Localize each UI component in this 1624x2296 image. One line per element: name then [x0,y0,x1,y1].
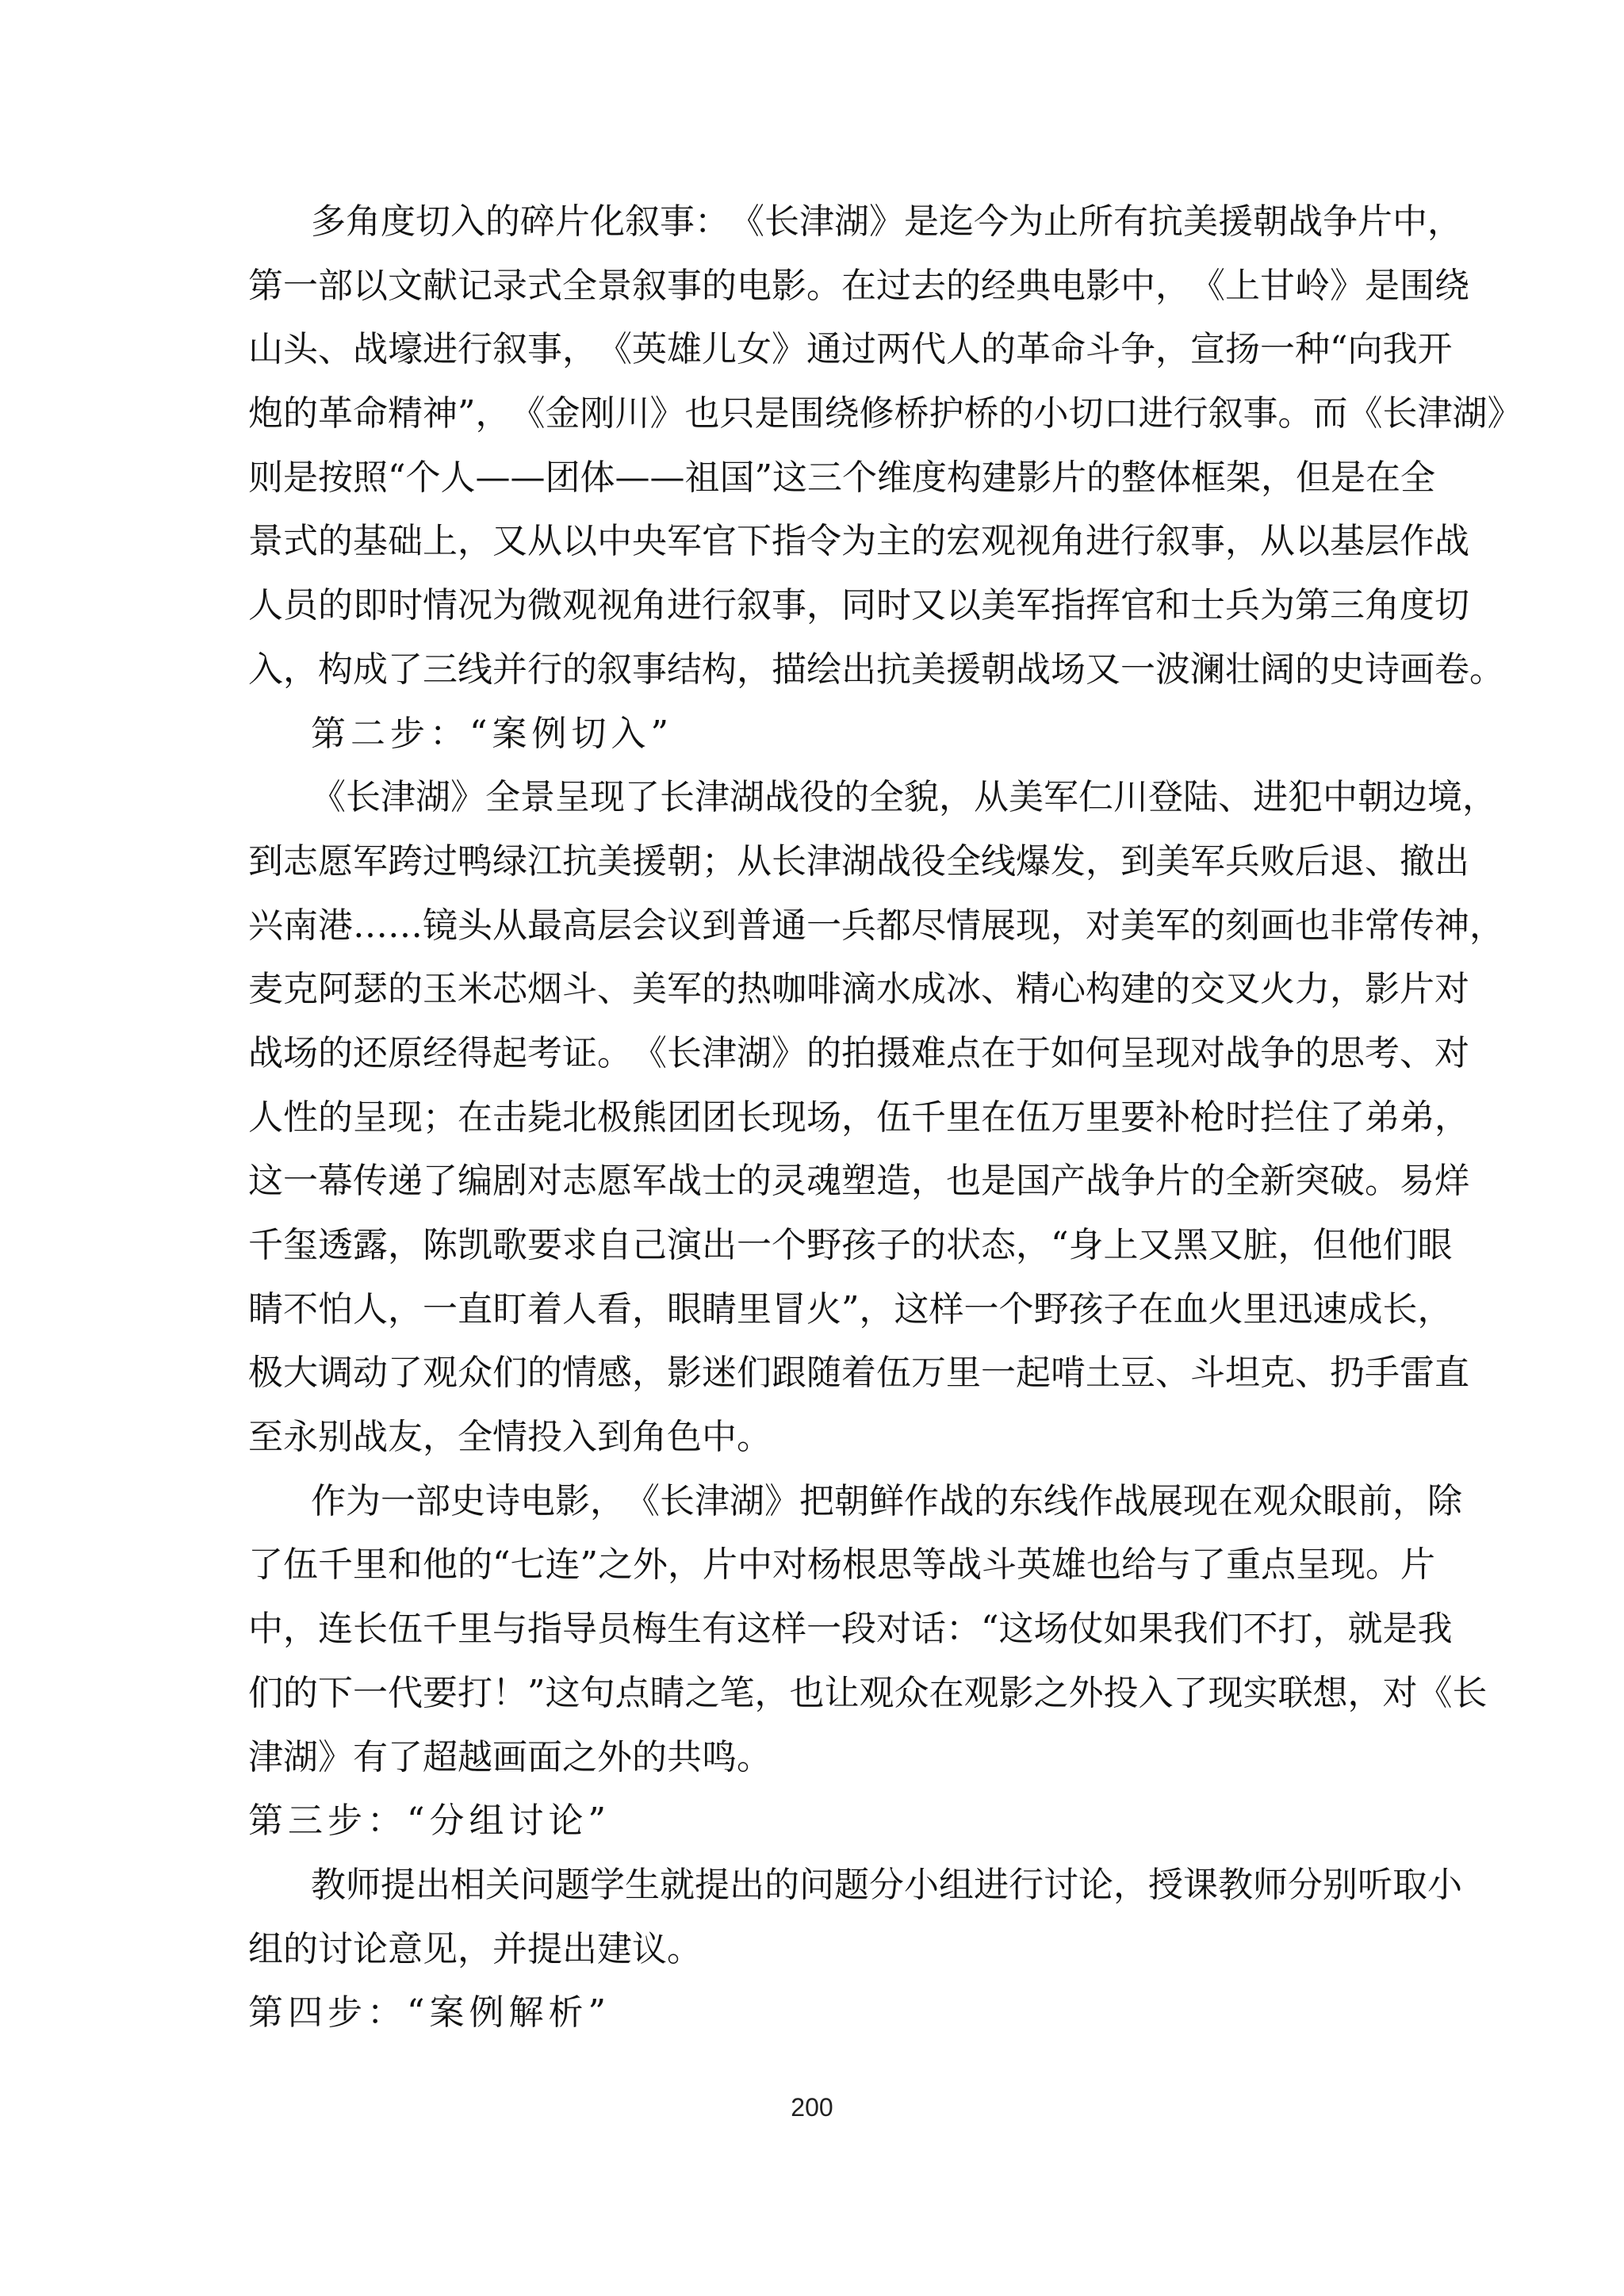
text-line: 炮的革命精神”，《金刚川》也只是围绕修桥护桥的小切口进行叙事。而《长津湖》 [248,382,1379,446]
text-line: 人员的即时情况为微观视角进行叙事，同时又以美军指挥官和士兵为第三角度切 [248,574,1379,638]
section-heading-step-3: 第三步：“分组讨论” [248,1789,1379,1854]
text-line: 睛不怕人，一直盯着人看，眼睛里冒火”，这样一个野孩子在血火里迅速成长， [248,1278,1379,1342]
text-line: 千玺透露，陈凯歌要求自己演出一个野孩子的状态，“身上又黑又脏，但他们眼 [248,1214,1379,1278]
text-line: 了伍千里和他的“七连”之外，片中对杨根思等战斗英雄也给与了重点呈现。片 [248,1533,1379,1598]
text-line: 麦克阿瑟的玉米芯烟斗、美军的热咖啡滴水成冰、精心构建的交叉火力，影片对 [248,958,1379,1022]
paragraph-narrative-structure: 多角度切入的碎片化叙事：《长津湖》是迄今为止所有抗美援朝战争片中， 第一部以文献… [248,190,1379,702]
text-line: 作为一部史诗电影，《长津湖》把朝鲜作战的东线作战展现在观众眼前，除 [248,1470,1379,1534]
text-line: 极大调动了观众们的情感，影迷们跟随着伍万里一起啃土豆、斗坦克、扔手雷直 [248,1341,1379,1406]
text-line: 这一幕传递了编剧对志愿军战士的灵魂塑造，也是国产战争片的全新突破。易烊 [248,1150,1379,1214]
document-page: 多角度切入的碎片化叙事：《长津湖》是迄今为止所有抗美援朝战争片中， 第一部以文献… [248,190,1379,2045]
paragraph-case-intro: 《长津湖》全景呈现了长津湖战役的全貌，从美军仁川登陆、进犯中朝边境， 到志愿军跨… [248,766,1379,1470]
text-line: 多角度切入的碎片化叙事：《长津湖》是迄今为止所有抗美援朝战争片中， [248,190,1379,254]
text-line: 到志愿军跨过鸭绿江抗美援朝；从长津湖战役全线爆发，到美军兵败后退、撤出 [248,830,1379,894]
text-line: 至永别战友，全情投入到角色中。 [248,1406,1379,1470]
text-line: 入，构成了三线并行的叙事结构，描绘出抗美援朝战场又一波澜壮阔的史诗画卷。 [248,638,1379,702]
section-heading-step-4: 第四步：“案例解析” [248,1981,1379,2045]
text-line: 山头、战壕进行叙事，《英雄儿女》通过两代人的革命斗争，宣扬一种“向我开 [248,318,1379,382]
section-heading-step-2: 第二步：“案例切入” [248,702,1379,767]
text-line: 则是按照“个人——团体——祖国”这三个维度构建影片的整体框架，但是在全 [248,446,1379,511]
paragraph-epic-film: 作为一部史诗电影，《长津湖》把朝鲜作战的东线作战展现在观众眼前，除 了伍千里和他… [248,1470,1379,1789]
text-line: 兴南港……镜头从最高层会议到普通一兵都尽情展现，对美军的刻画也非常传神， [248,894,1379,959]
text-line: 教师提出相关问题学生就提出的问题分小组进行讨论，授课教师分别听取小 [248,1854,1379,1918]
text-line: 人性的呈现；在击毙北极熊团团长现场，伍千里在伍万里要补枪时拦住了弟弟， [248,1086,1379,1150]
text-line: 第一部以文献记录式全景叙事的电影。在过去的经典电影中，《上甘岭》是围绕 [248,254,1379,319]
text-line: 景式的基础上，又从以中央军官下指令为主的宏观视角进行叙事，从以基层作战 [248,510,1379,574]
text-line: 组的讨论意见，并提出建议。 [248,1918,1379,1982]
paragraph-group-discussion: 教师提出相关问题学生就提出的问题分小组进行讨论，授课教师分别听取小 组的讨论意见… [248,1854,1379,1981]
text-line: 津湖》有了超越画面之外的共鸣。 [248,1726,1379,1790]
page-number: 200 [0,2093,1624,2122]
text-line: 们的下一代要打！”这句点睛之笔，也让观众在观影之外投入了现实联想，对《长 [248,1662,1379,1726]
text-line: 战场的还原经得起考证。《长津湖》的拍摄难点在于如何呈现对战争的思考、对 [248,1022,1379,1086]
text-line: 《长津湖》全景呈现了长津湖战役的全貌，从美军仁川登陆、进犯中朝边境， [248,766,1379,830]
text-line: 中，连长伍千里与指导员梅生有这样一段对话：“这场仗如果我们不打，就是我 [248,1598,1379,1662]
